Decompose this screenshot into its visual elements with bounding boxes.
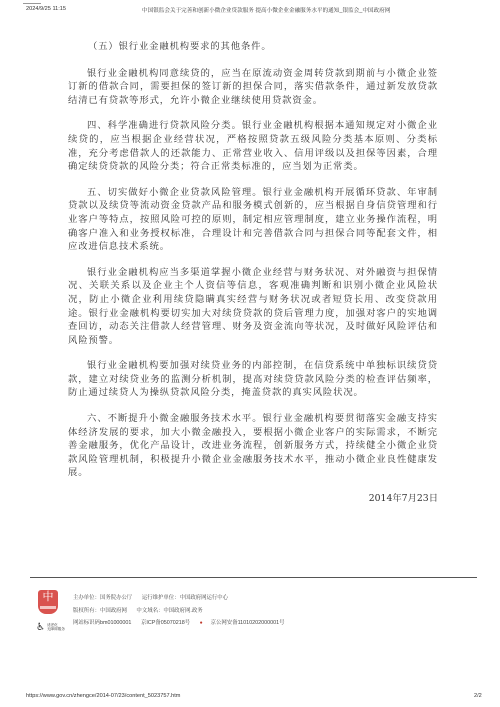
- header-divider: [23, 3, 41, 4]
- page-url: https://www.gov.cn/zhengce/2014-07/23/co…: [26, 693, 180, 699]
- paragraph-section-6: 六、不断提升小微金融服务技术水平。银行业金融机构要贯彻落实金融支持实体经济发展的…: [68, 412, 438, 480]
- sub-heading-item-5: （五）银行业金融机构要求的其他条件。: [68, 40, 438, 54]
- paragraph-section-5: 五、切实做好小微企业贷款风险管理。银行业金融机构开展循环贷款、年审制贷款以及续贷…: [68, 186, 438, 254]
- party-emblem-icon[interactable]: 中: [38, 590, 58, 614]
- paragraph-internal-control: 银行业金融机构要加强对续贷业务的内部控制，在信贷系统中单独标识续贷贷款，建立对续…: [68, 359, 438, 400]
- wheelchair-icon: ♿: [36, 622, 45, 633]
- site-footer: 中 ♿ 适老化 无障碍服务 主办单位：国务院办公厅 运行维护单位：中国政府网运行…: [30, 590, 480, 650]
- icp-link[interactable]: 京ICP备05070218号: [141, 620, 190, 626]
- footer-line-registration: 网站标识码bm01000001 京ICP备05070218号 ●京公网安备110…: [73, 618, 293, 631]
- print-timestamp: 2024/9/25 11:15: [26, 6, 66, 12]
- print-page-title: 中国银监会关于完善和创新小微企业贷款服务 提高小微企业金融服务水平的通知_银监会…: [142, 6, 390, 14]
- document-date: 2014年7月23日: [68, 492, 438, 506]
- footer-info: 主办单位：国务院办公厅 运行维护单位：中国政府网运行中心 版权所有：中国政府网 …: [73, 593, 293, 631]
- police-badge-icon: ●: [200, 620, 203, 626]
- document-body: （五）银行业金融机构要求的其他条件。 银行业金融机构同意续贷的，应当在原流动资金…: [68, 40, 438, 518]
- footer-line-sponsor: 主办单位：国务院办公厅 运行维护单位：中国政府网运行中心: [73, 593, 293, 606]
- accessibility-link[interactable]: ♿ 适老化 无障碍服务: [36, 620, 66, 634]
- paragraph-renewal-contract: 银行业金融机构同意续贷的，应当在原流动资金周转贷款到期前与小微企业签订新的借款合…: [68, 67, 438, 108]
- footer-line-copyright: 版权所有：中国政府网 中文域名：中国政府网.政务: [73, 606, 293, 619]
- public-security-link[interactable]: 京公网安备11010202000001号: [211, 620, 285, 626]
- paragraph-section-4: 四、科学准确进行贷款风险分类。银行业金融机构根据本通知规定对小微企业续贷的，应当…: [68, 119, 438, 173]
- print-header: 2024/9/25 11:15 中国银监会关于完善和创新小微企业贷款服务 提高小…: [0, 3, 500, 17]
- print-footer: https://www.gov.cn/zhengce/2014-07/23/co…: [0, 690, 500, 702]
- footer-divider: [30, 577, 477, 578]
- paragraph-risk-monitoring: 银行业金融机构应当多渠道掌握小微企业经营与财务状况、对外融资与担保情况、关联关系…: [68, 266, 438, 348]
- page-number: 2/2: [474, 693, 482, 699]
